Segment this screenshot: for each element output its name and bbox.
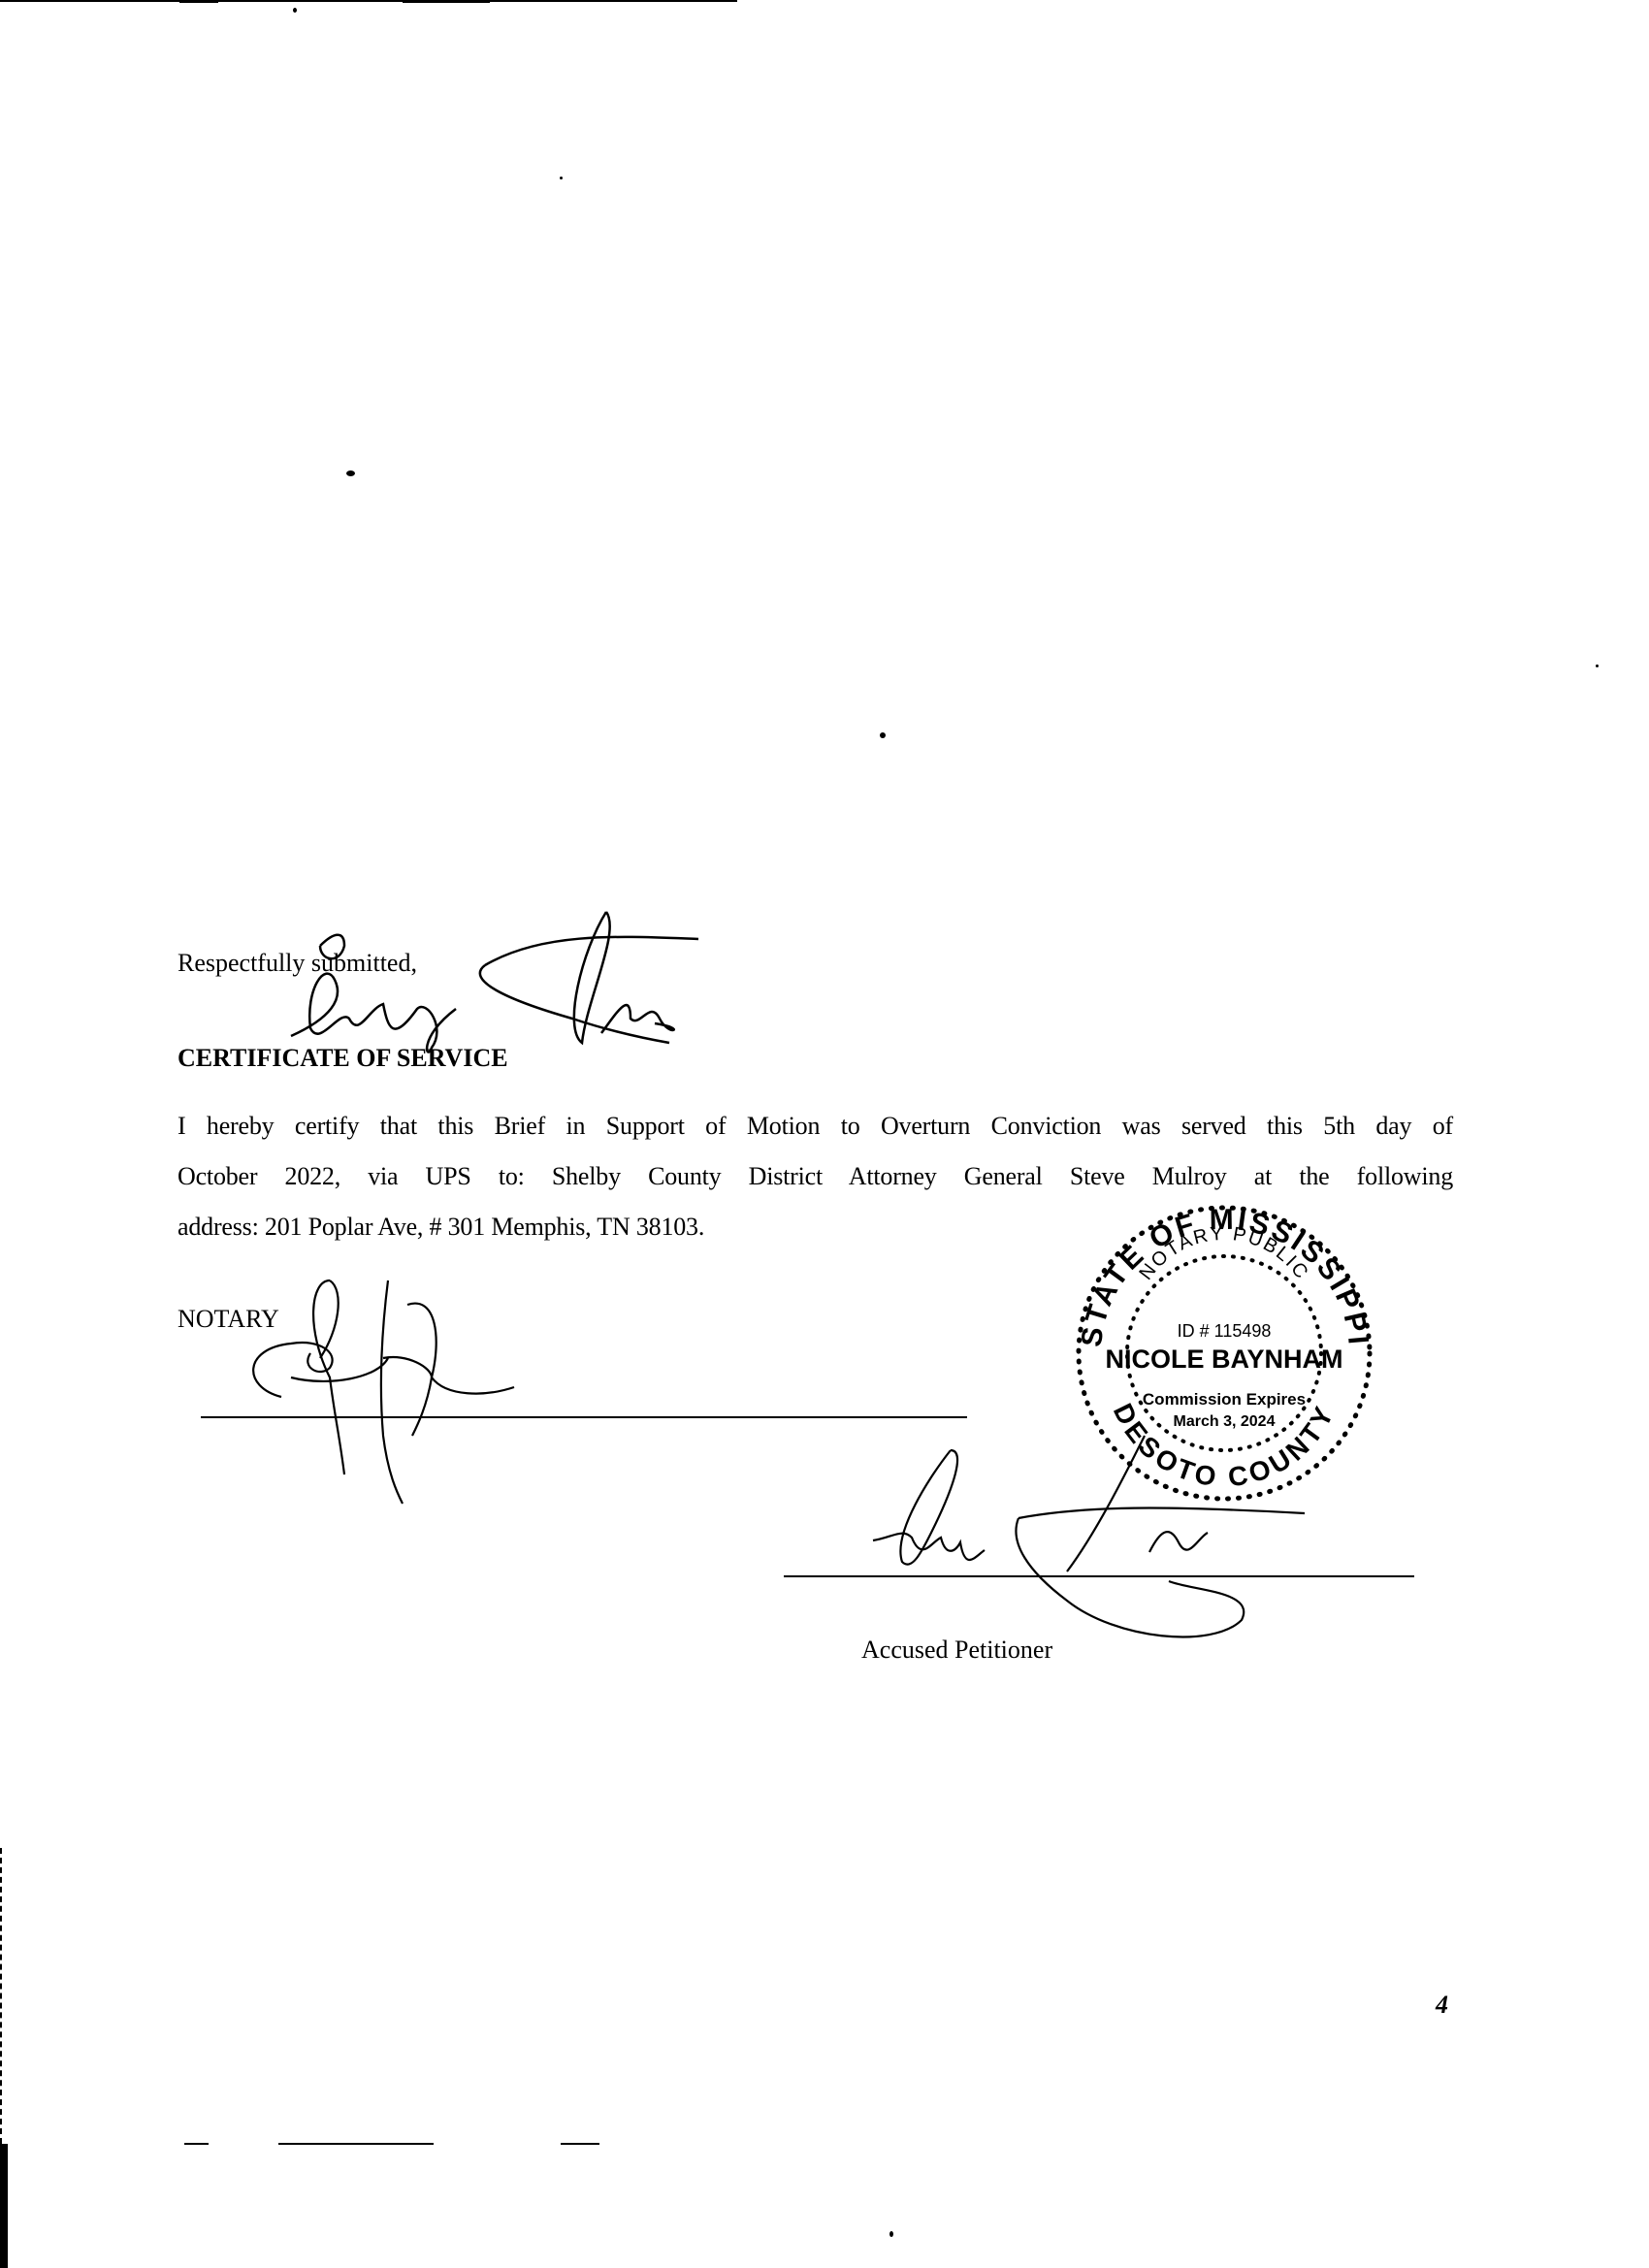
seal-commission-date: March 3, 2024 xyxy=(1174,1413,1276,1430)
seal-commission-label: Commission Expires xyxy=(1143,1390,1306,1409)
seal-id-text: ID # 115498 xyxy=(1178,1321,1272,1341)
notary-seal: STATE OF MISSISSIPPI NOTARY PUBLIC ID # … xyxy=(0,0,1649,2268)
seal-name-text: NICOLE BAYNHAM xyxy=(1105,1345,1342,1374)
